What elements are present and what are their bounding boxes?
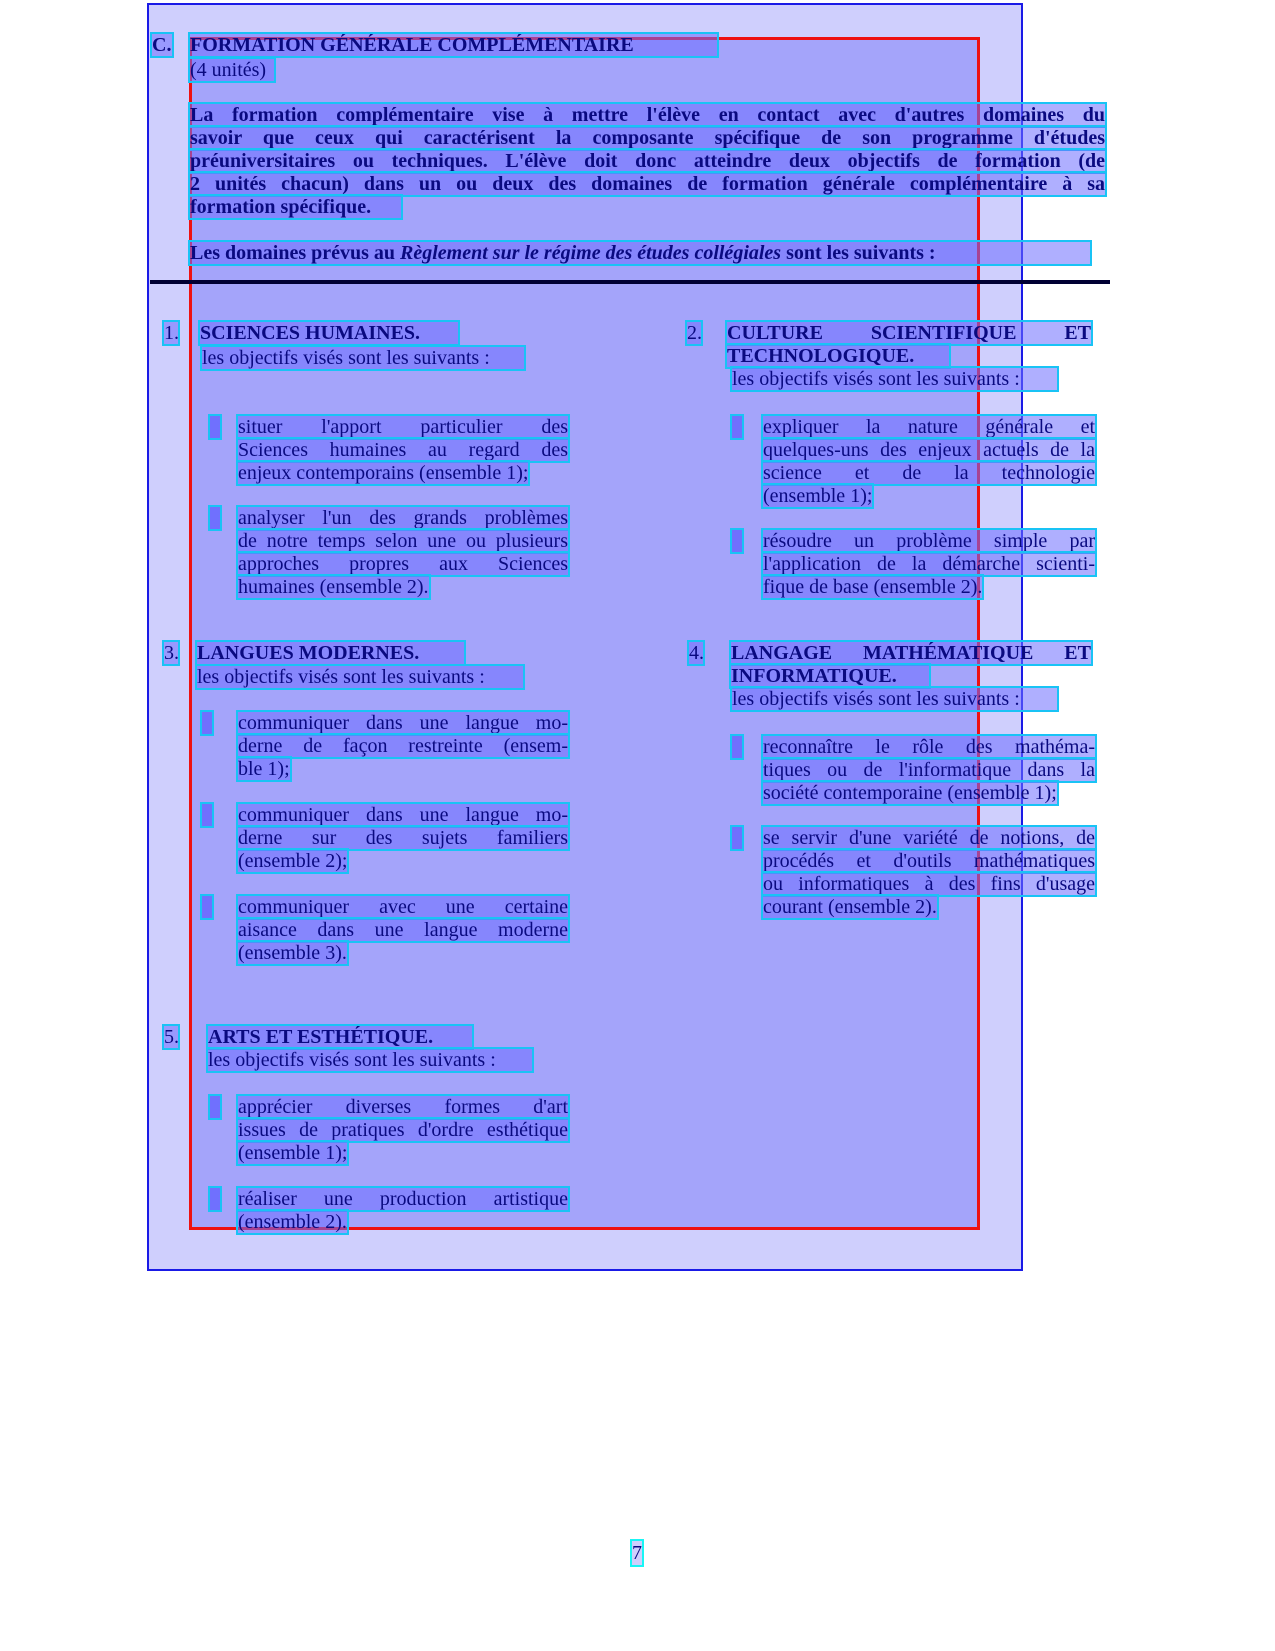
domain-objectives-lead: les objectifs visés sont les suivants : xyxy=(202,347,524,369)
objective-line: Sciences humaines au regard des xyxy=(238,439,568,461)
domain-number: 5. xyxy=(164,1026,178,1048)
objective-line: fique de base (ensemble 2). xyxy=(763,576,982,598)
checkbox-bullet-icon xyxy=(210,1096,220,1118)
intro-line: 2 unités chacun) dans un ou deux des dom… xyxy=(190,173,1105,195)
objective-line: (ensemble 2); xyxy=(238,850,347,872)
objective-line: société contemporaine (ensemble 1); xyxy=(763,782,1057,804)
domain-title: TECHNOLOGIQUE. xyxy=(727,345,949,367)
objective-line: procédés et d'outils mathématiques xyxy=(763,850,1095,872)
objective-line: réaliser une production artistique xyxy=(238,1188,568,1210)
section-units: (4 unités) xyxy=(190,59,274,81)
domain-number: 2. xyxy=(687,322,701,344)
objective-line: (ensemble 1); xyxy=(763,485,872,507)
objective-line: apprécier diverses formes d'art xyxy=(238,1096,568,1118)
domain-title: SCIENCES HUMAINES. xyxy=(200,322,458,344)
objective-line: situer l'apport particulier des xyxy=(238,416,568,438)
checkbox-bullet-icon xyxy=(202,896,212,918)
intro-line: formation spécifique. xyxy=(190,196,401,218)
objective-line: approches propres aux Sciences xyxy=(238,553,568,575)
objective-line: l'application de la démarche scienti- xyxy=(763,553,1095,575)
objective-line: tiques ou de l'informatique dans la xyxy=(763,759,1095,781)
domain-objectives-lead: les objectifs visés sont les suivants : xyxy=(732,688,1057,710)
objective-line: (ensemble 2). xyxy=(238,1211,347,1233)
objective-line: science et de la technologie xyxy=(763,462,1095,484)
domain-objectives-lead: les objectifs visés sont les suivants : xyxy=(197,666,523,688)
checkbox-bullet-icon xyxy=(732,416,742,438)
domain-title: LANGUES MODERNES. xyxy=(197,642,464,664)
checkbox-bullet-icon xyxy=(732,530,742,552)
checkbox-bullet-icon xyxy=(732,827,742,849)
objective-line: communiquer dans une langue mo- xyxy=(238,712,568,734)
domain-number: 1. xyxy=(164,322,178,344)
objective-line: issues de pratiques d'ordre esthétique xyxy=(238,1119,568,1141)
objective-line: (ensemble 3). xyxy=(238,942,347,964)
domain-number: 4. xyxy=(689,642,703,664)
objective-line: analyser l'un des grands problèmes xyxy=(238,507,568,529)
section-divider xyxy=(150,280,1110,284)
regulation-title: Règlement sur le régime des études collé… xyxy=(400,242,781,264)
checkbox-bullet-icon xyxy=(732,736,742,758)
objective-line: courant (ensemble 2). xyxy=(763,896,937,918)
checkbox-bullet-icon xyxy=(210,1188,220,1210)
page-number: 7 xyxy=(632,1541,642,1565)
domain-title: CULTURE SCIENTIFIQUE ET xyxy=(727,322,1091,344)
domains-lead-text: Les domaines prévus au xyxy=(190,242,400,264)
intro-line: savoir que ceux qui caractérisent la com… xyxy=(190,127,1105,149)
checkbox-bullet-icon xyxy=(210,507,220,529)
domain-number: 3. xyxy=(164,642,178,664)
objective-line: (ensemble 1); xyxy=(238,1142,347,1164)
objective-line: de notre temps selon une ou plusieurs xyxy=(238,530,568,552)
domains-lead: Les domaines prévus au Règlement sur le … xyxy=(190,242,1090,264)
objective-line: ble 1); xyxy=(238,758,290,780)
intro-line: La formation complémentaire vise à mettr… xyxy=(190,104,1105,126)
domain-objectives-lead: les objectifs visés sont les suivants : xyxy=(208,1049,532,1071)
domain-title: ARTS ET ESTHÉTIQUE. xyxy=(208,1026,472,1048)
section-title: FORMATION GÉNÉRALE COMPLÉMENTAIRE xyxy=(190,34,717,56)
objective-line: enjeux contemporains (ensemble 1); xyxy=(238,462,528,484)
domain-title: LANGAGE MATHÉMATIQUE ET xyxy=(731,642,1091,664)
objective-line: quelques-uns des enjeux actuels de la xyxy=(763,439,1095,461)
objective-line: se servir d'une variété de notions, de xyxy=(763,827,1095,849)
objective-line: expliquer la nature générale et xyxy=(763,416,1095,438)
checkbox-bullet-icon xyxy=(202,804,212,826)
objective-line: reconnaître le rôle des mathéma- xyxy=(763,736,1095,758)
objective-line: derne sur des sujets familiers xyxy=(238,827,568,849)
checkbox-bullet-icon xyxy=(210,416,220,438)
checkbox-bullet-icon xyxy=(202,712,212,734)
intro-line: préuniversitaires ou techniques. L'élève… xyxy=(190,150,1105,172)
objective-line: humaines (ensemble 2). xyxy=(238,576,429,598)
domain-title: INFORMATIQUE. xyxy=(731,665,929,687)
objective-line: ou informatiques à des fins d'usage xyxy=(763,873,1095,895)
objective-line: aisance dans une langue moderne xyxy=(238,919,568,941)
objective-line: résoudre un problème simple par xyxy=(763,530,1095,552)
domains-lead-end: sont les suivants : xyxy=(781,242,935,264)
objective-line: communiquer dans une langue mo- xyxy=(238,804,568,826)
objective-line: communiquer avec une certaine xyxy=(238,896,568,918)
domain-objectives-lead: les objectifs visés sont les suivants : xyxy=(732,368,1057,390)
objective-line: derne de façon restreinte (ensem- xyxy=(238,735,568,757)
section-letter: C. xyxy=(152,34,172,56)
